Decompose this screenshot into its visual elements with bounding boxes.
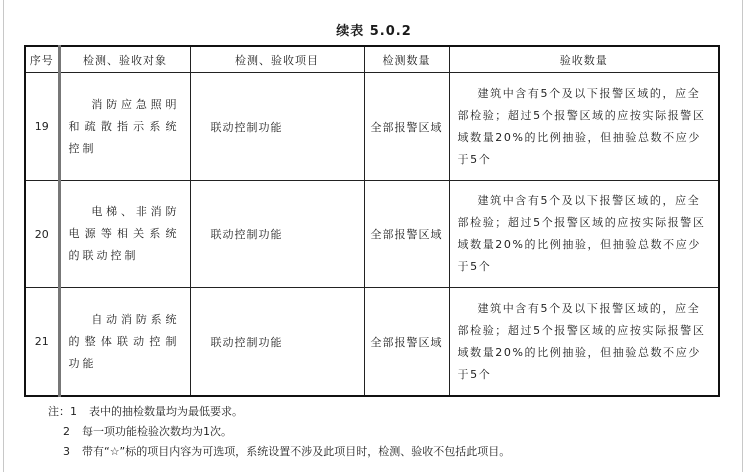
table-row: 21 自动消防系统的整体联动控制功能 联动控制功能 全部报警区域 建筑中含有5个… [25, 288, 719, 397]
note-item: 2 每一项功能检验次数均为1次。 [48, 422, 510, 442]
note-number: 3 [48, 442, 82, 462]
table-title: 续表 5.0.2 [0, 20, 748, 39]
cell-acceptance-text: 建筑中含有5个及以下报警区域的，应全部检验；超过5个报警区域的应按实际报警区域数… [458, 194, 706, 273]
cell-item: 联动控制功能 [190, 181, 364, 288]
cell-object: 自动消防系统的整体联动控制功能 [59, 288, 190, 397]
cell-object-text: 自动消防系统的整体联动控制功能 [69, 313, 180, 370]
header-seq: 序号 [25, 46, 59, 73]
cell-item: 联动控制功能 [190, 73, 364, 181]
note-item: 3 带有“☆”标的项目内容为可选项，系统设置不涉及此项目时，检测、验收不包括此项… [48, 442, 510, 462]
cell-object-text: 消防应急照明和疏散指示系统控制 [69, 98, 180, 155]
cell-acceptance-quantity: 建筑中含有5个及以下报警区域的，应全部检验；超过5个报警区域的应按实际报警区域数… [449, 73, 719, 181]
cell-object: 电梯、非消防电源等相关系统的联动控制 [59, 181, 190, 288]
table-row: 19 消防应急照明和疏散指示系统控制 联动控制功能 全部报警区域 建筑中含有5个… [25, 73, 719, 181]
cell-acceptance-text: 建筑中含有5个及以下报警区域的，应全部检验；超过5个报警区域的应按实际报警区域数… [458, 87, 706, 166]
page-edge-left [3, 0, 4, 472]
note-text: 表中的抽检数量均为最低要求。 [89, 402, 243, 422]
header-object: 检测、验收对象 [59, 46, 190, 73]
page-edge-right [742, 0, 743, 472]
header-acceptance-quantity: 验收数量 [449, 46, 719, 73]
cell-item: 联动控制功能 [190, 288, 364, 397]
cell-object: 消防应急照明和疏散指示系统控制 [59, 73, 190, 181]
cell-test-quantity: 全部报警区域 [364, 288, 449, 397]
acceptance-table: 序号 检测、验收对象 检测、验收项目 检测数量 验收数量 19 消防应急照明和疏… [24, 45, 720, 397]
cell-acceptance-quantity: 建筑中含有5个及以下报警区域的，应全部检验；超过5个报警区域的应按实际报警区域数… [449, 288, 719, 397]
cell-acceptance-text: 建筑中含有5个及以下报警区域的，应全部检验；超过5个报警区域的应按实际报警区域数… [458, 302, 706, 381]
note-text: 每一项功能检验次数均为1次。 [82, 422, 232, 442]
cell-test-quantity: 全部报警区域 [364, 181, 449, 288]
header-test-quantity: 检测数量 [364, 46, 449, 73]
table-notes: 注：1 表中的抽检数量均为最低要求。 2 每一项功能检验次数均为1次。 3 带有… [48, 402, 510, 462]
cell-seq: 20 [25, 181, 59, 288]
table-row: 20 电梯、非消防电源等相关系统的联动控制 联动控制功能 全部报警区域 建筑中含… [25, 181, 719, 288]
cell-test-quantity: 全部报警区域 [364, 73, 449, 181]
cell-acceptance-quantity: 建筑中含有5个及以下报警区域的，应全部检验；超过5个报警区域的应按实际报警区域数… [449, 181, 719, 288]
note-text: 带有“☆”标的项目内容为可选项，系统设置不涉及此项目时，检测、验收不包括此项目。 [82, 442, 510, 462]
table-header-row: 序号 检测、验收对象 检测、验收项目 检测数量 验收数量 [25, 46, 719, 73]
cell-object-text: 电梯、非消防电源等相关系统的联动控制 [69, 205, 180, 262]
note-number: 注：1 [48, 402, 89, 422]
note-number: 2 [48, 422, 82, 442]
cell-seq: 19 [25, 73, 59, 181]
note-item: 注：1 表中的抽检数量均为最低要求。 [48, 402, 510, 422]
cell-seq: 21 [25, 288, 59, 397]
header-item: 检测、验收项目 [190, 46, 364, 73]
